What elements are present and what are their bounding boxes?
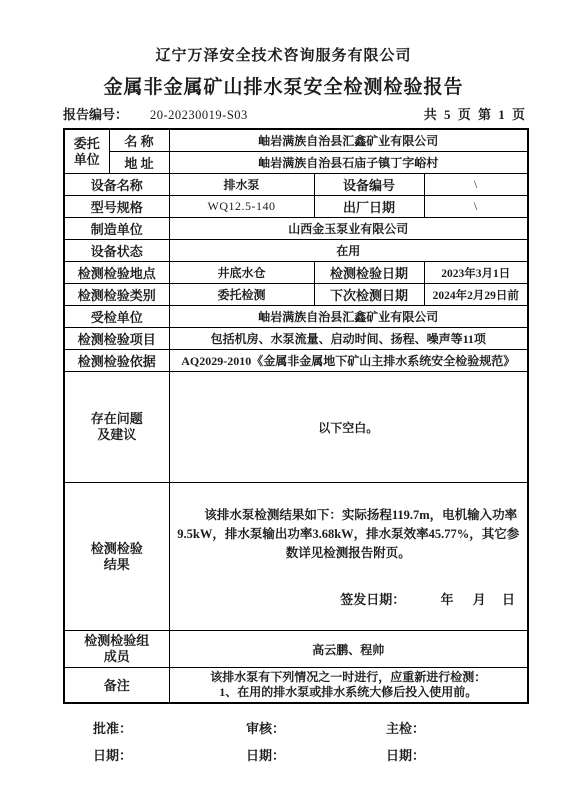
problems-label-line2: 及建议 [67, 427, 167, 443]
issue-date-line: 签发日期： 年 月 日 [172, 589, 526, 608]
report-number-value: 20-20230019-S03 [150, 108, 248, 123]
report-header: 辽宁万泽安全技术咨询服务有限公司 金属非金属矿山排水泵安全检测检验报告 报告编号… [0, 0, 567, 123]
status-label: 设备状态 [64, 240, 169, 262]
approve-date-label: 日期： [93, 745, 132, 764]
basis-value: AQ2029-2010《金属非金属地下矿山主排水系统安全检验规范》 [169, 350, 528, 372]
remark-cell: 该排水泵有下列情况之一时进行，应重新进行检测： 1、在用的排水泵或排水系统大修后… [169, 668, 528, 703]
remark-label: 备注 [64, 668, 169, 703]
test-date-label: 检测检验日期 [314, 262, 424, 284]
remark-line2: 1、在用的排水泵或排水系统大修后投入使用前。 [172, 685, 526, 700]
team-value: 高云鹏、程帅 [169, 631, 528, 668]
test-date-value: 2023年3月1日 [424, 262, 528, 284]
approve-label: 批准： [93, 718, 132, 737]
model-label: 型号规格 [64, 196, 169, 218]
review-date-label: 日期： [246, 745, 285, 764]
status-value: 在用 [169, 240, 528, 262]
client-name-value: 岫岩满族自治县汇鑫矿业有限公司 [169, 129, 528, 152]
items-value: 包括机房、水泵流量、启动时间、扬程、噪声等11项 [169, 328, 528, 350]
inspected-unit-value: 岫岩满族自治县汇鑫矿业有限公司 [169, 306, 528, 328]
result-label-line1: 检测检验 [67, 541, 167, 557]
next-date-label: 下次检测日期 [314, 284, 424, 306]
report-number-label: 报告编号： [63, 104, 128, 123]
result-text: 该排水泵检测结果如下：实际扬程119.7m，电机输入功率9.5kW，排水泵输出功… [172, 506, 526, 563]
team-label-line2: 成员 [67, 649, 167, 665]
chief-label: 主检： [386, 718, 425, 737]
report-page: 辽宁万泽安全技术咨询服务有限公司 金属非金属矿山排水泵安全检测检验报告 报告编号… [0, 0, 567, 802]
remark-line1: 该排水泵有下列情况之一时进行，应重新进行检测： [172, 670, 526, 685]
client-address-value: 岫岩满族自治县石庙子镇丁字峪村 [169, 152, 528, 174]
page-count: 共 5 页 第 1 页 [424, 104, 527, 123]
client-group-label-line2: 单位 [67, 152, 107, 168]
team-label: 检测检验组 成员 [64, 631, 169, 668]
mfg-date-label: 出厂日期 [314, 196, 424, 218]
next-date-value: 2024年2月29日前 [424, 284, 528, 306]
report-number-line: 报告编号： 20-20230019-S03 共 5 页 第 1 页 [63, 104, 527, 123]
result-label: 检测检验 结果 [64, 483, 169, 631]
report-title: 金属非金属矿山排水泵安全检测检验报告 [0, 72, 567, 99]
result-cell: 该排水泵检测结果如下：实际扬程119.7m，电机输入功率9.5kW，排水泵输出功… [169, 483, 528, 631]
problems-label: 存在问题 及建议 [64, 372, 169, 483]
issue-date-year: 年 [440, 592, 453, 607]
location-value: 井底水仓 [169, 262, 314, 284]
items-label: 检测检验项目 [64, 328, 169, 350]
problems-value: 以下空白。 [169, 372, 528, 483]
location-label: 检测检验地点 [64, 262, 169, 284]
client-group-label: 委托 单位 [64, 129, 109, 174]
issue-date-label: 签发日期： [340, 592, 405, 607]
signature-block: 批准： 审核： 主检： 日期： 日期： 日期： [63, 704, 527, 774]
device-number-label: 设备编号 [314, 174, 424, 196]
client-group-label-line1: 委托 [67, 136, 107, 152]
basis-label: 检测检验依据 [64, 350, 169, 372]
issue-date-day: 日 [502, 592, 515, 607]
review-label: 审核： [246, 718, 285, 737]
team-label-line1: 检测检验组 [67, 633, 167, 649]
device-name-value: 排水泵 [169, 174, 314, 196]
inspected-unit-label: 受检单位 [64, 306, 169, 328]
problems-label-line1: 存在问题 [67, 411, 167, 427]
result-label-line2: 结果 [67, 557, 167, 573]
category-label: 检测检验类别 [64, 284, 169, 306]
device-name-label: 设备名称 [64, 174, 169, 196]
manufacturer-label: 制造单位 [64, 218, 169, 240]
mfg-date-value: \ [424, 196, 528, 218]
chief-date-label: 日期： [386, 745, 425, 764]
model-value: WQ12.5-140 [169, 196, 314, 218]
manufacturer-value: 山西金玉泵业有限公司 [169, 218, 528, 240]
device-number-value: \ [424, 174, 528, 196]
company-name: 辽宁万泽安全技术咨询服务有限公司 [0, 44, 567, 65]
client-name-label: 名 称 [109, 129, 169, 152]
report-table: 委托 单位 名 称 岫岩满族自治县汇鑫矿业有限公司 地 址 岫岩满族自治县石庙子… [63, 128, 529, 704]
client-address-label: 地 址 [109, 152, 169, 174]
category-value: 委托检测 [169, 284, 314, 306]
issue-date-month: 月 [473, 592, 486, 607]
